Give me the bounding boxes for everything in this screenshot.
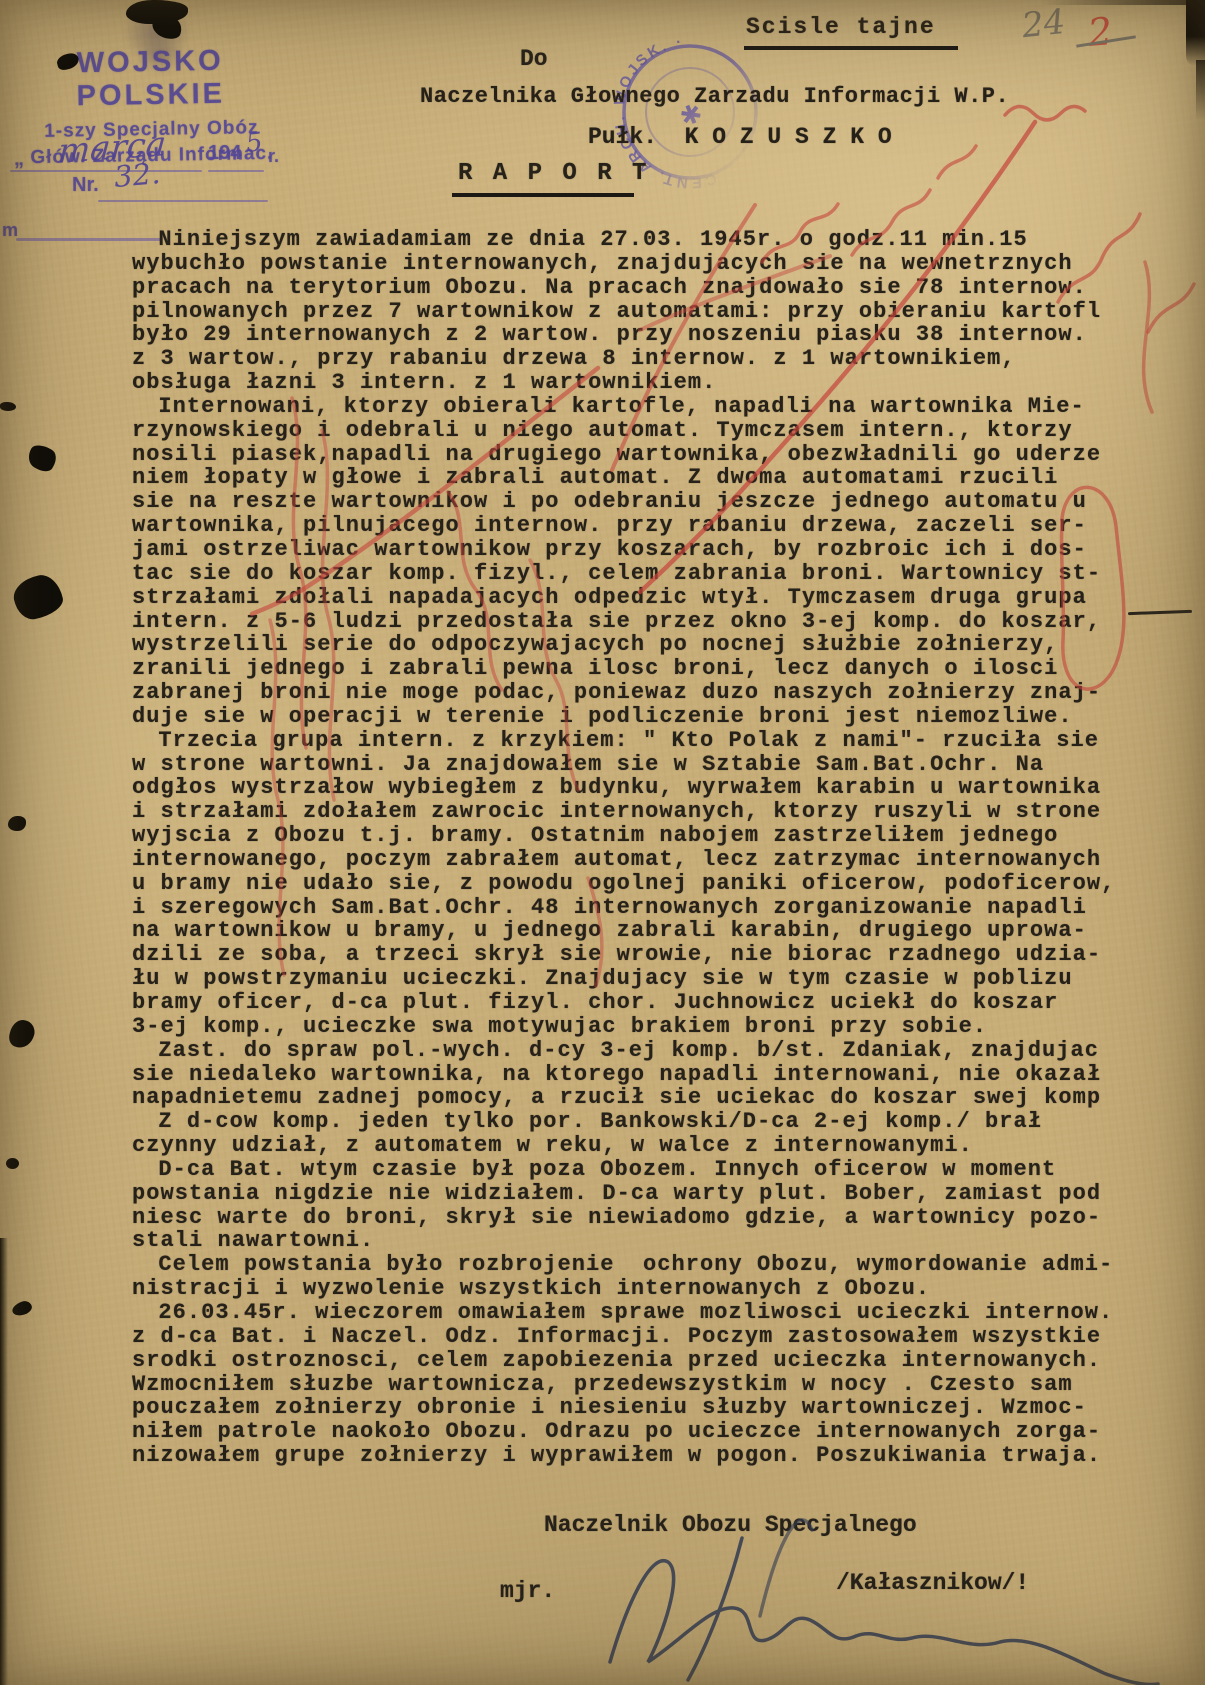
scanned-report-page: { "classification": "Scisle tajne", "pag… (0, 0, 1205, 1685)
signature-scribble (0, 0, 1205, 1685)
